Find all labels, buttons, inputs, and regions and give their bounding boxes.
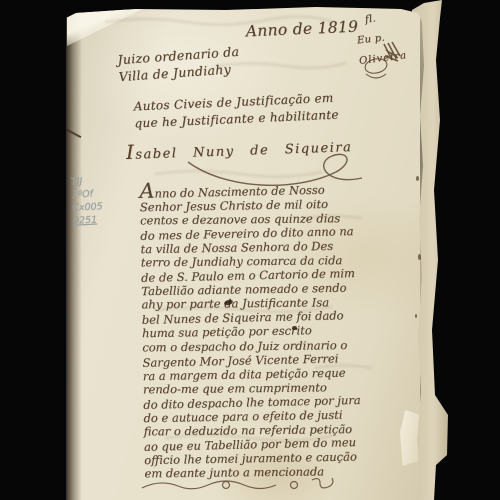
rubric-flourish-icon bbox=[362, 40, 406, 80]
pencil-line-4: 0251 bbox=[73, 213, 104, 228]
archival-pencil-note: TJJ 1ºOf Cx005 0251 bbox=[71, 174, 104, 228]
manuscript-page: Anno de 1819 fl. Eu p. Oliveira Juizo or… bbox=[66, 6, 428, 500]
edge-speck bbox=[418, 254, 421, 260]
edge-speck bbox=[415, 314, 417, 318]
closing-flourish-icon bbox=[142, 476, 338, 496]
edge-speck bbox=[416, 176, 419, 181]
pencil-line-3: Cx005 bbox=[72, 200, 103, 215]
body-text: Anno do Nascimento de Nosso Senhor Jesus… bbox=[139, 181, 396, 481]
manuscript-photo: Anno de 1819 fl. Eu p. Oliveira Juizo or… bbox=[0, 0, 500, 500]
folio-mark: fl. bbox=[364, 13, 376, 25]
ink-blot bbox=[292, 326, 297, 330]
